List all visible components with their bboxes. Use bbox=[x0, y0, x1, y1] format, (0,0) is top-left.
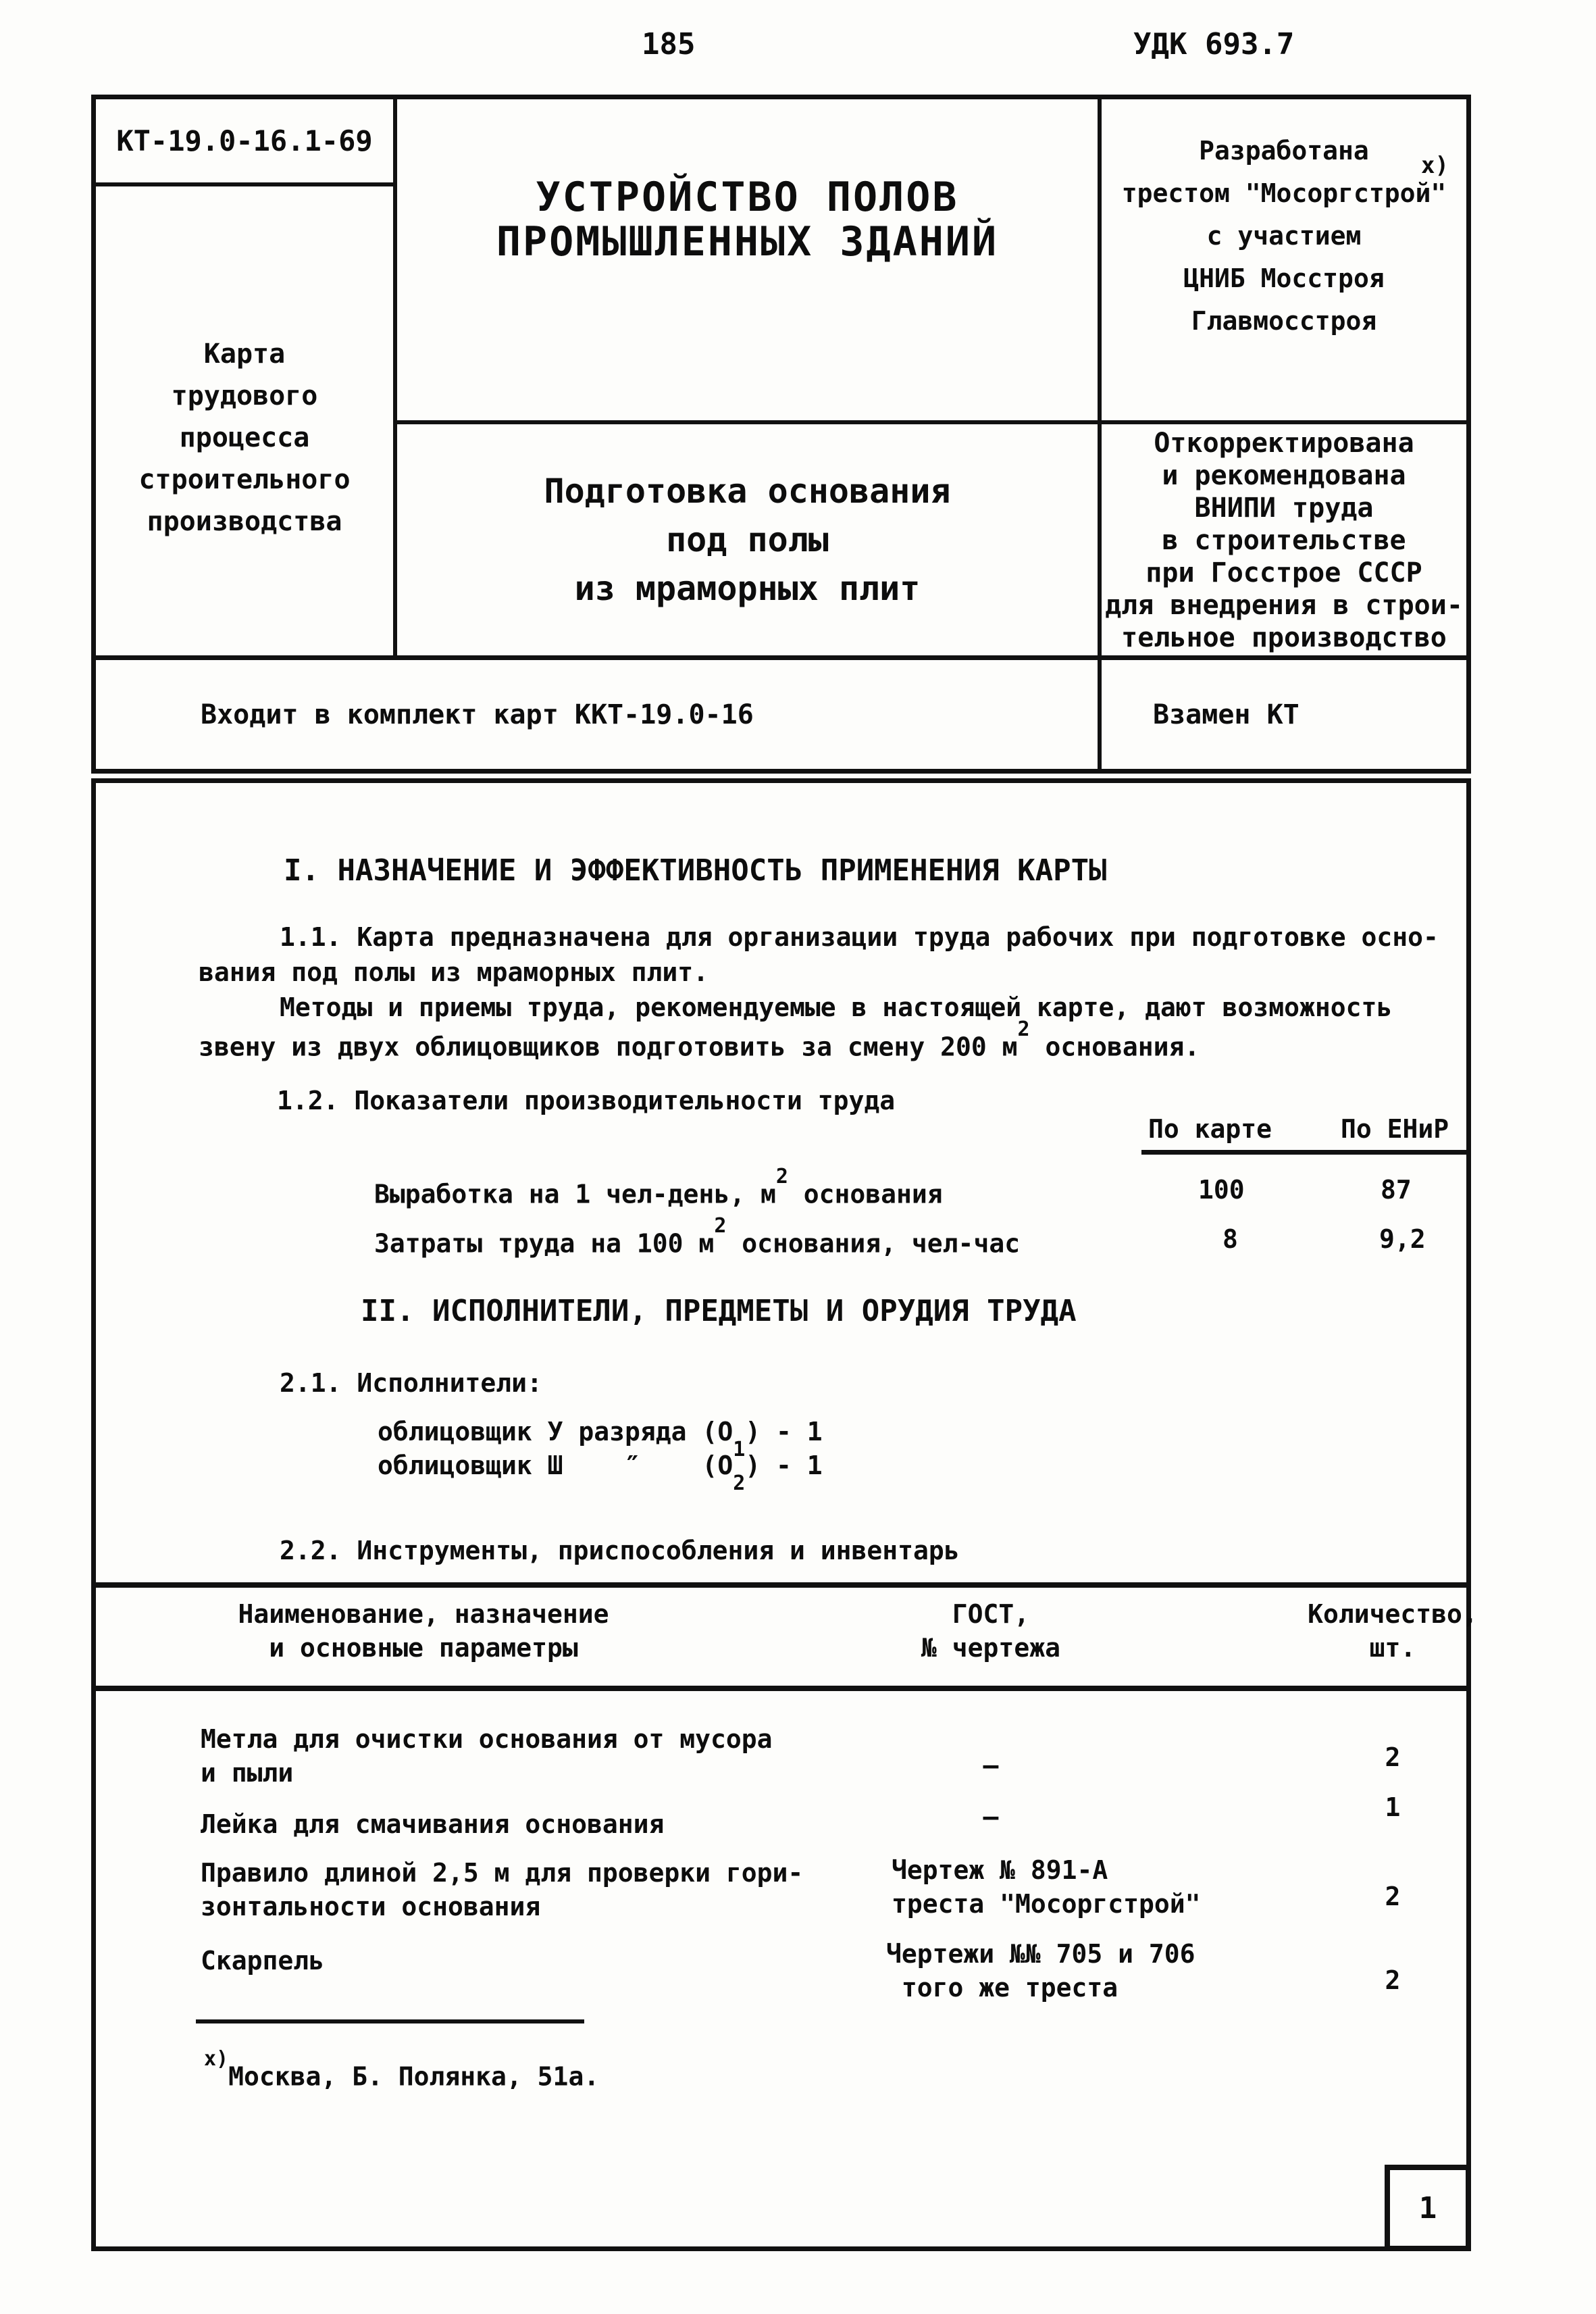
subtitle-cell: Подготовка основания под полы из мраморн… bbox=[397, 424, 1098, 655]
tool-row-name: Метла для очистки основания от мусора и … bbox=[201, 1722, 772, 1790]
tool-row-qty: 2 bbox=[1291, 1883, 1494, 1911]
page-number-box: 1 bbox=[1385, 2165, 1471, 2251]
tool-row-gost: – bbox=[890, 1751, 1092, 1780]
document-page: 185 УДК 693.7 КТ-19.0-16.1-69 Карта труд… bbox=[0, 0, 1596, 2314]
productivity-row1-by-enir: 87 bbox=[1381, 1176, 1412, 1205]
col-by-card: По карте bbox=[1148, 1115, 1272, 1144]
productivity-row1-label: Выработка на 1 чел-день, м2 основания bbox=[374, 1176, 943, 1209]
tool-row-name: Лейка для смачивания основания bbox=[201, 1807, 664, 1841]
productivity-row2-label: Затраты труда на 100 м2 основания, чел-ч… bbox=[374, 1226, 1020, 1258]
productivity-label: 1.2. Показатели производительности труда bbox=[277, 1087, 895, 1115]
developed-footnote-mark: x) bbox=[1421, 153, 1449, 178]
tools-header-name: Наименование, назначение и основные пара… bbox=[207, 1597, 640, 1665]
tool-row-qty: 1 bbox=[1291, 1794, 1494, 1822]
corrected-text: Откорректирована и рекомендована ВНИПИ т… bbox=[1105, 427, 1463, 654]
title-cell: УСТРОЙСТВО ПОЛОВ ПРОМЫШЛЕННЫХ ЗДАНИЙ bbox=[397, 99, 1098, 420]
belongs-to-set: Входит в комплект карт ККТ-19.0-16 bbox=[201, 699, 1098, 730]
footnote-text: Москва, Б. Полянка, 51а. bbox=[228, 2062, 599, 2092]
doc-code-cell: КТ-19.0-16.1-69 bbox=[96, 99, 393, 182]
sq-meter-sup: 2 bbox=[1018, 1017, 1030, 1041]
belongs-to-set-cell: Входит в комплект карт ККТ-19.0-16 bbox=[96, 660, 1098, 769]
productivity-row1-by-card: 100 bbox=[1198, 1176, 1245, 1205]
footnote-mark: x) bbox=[204, 2047, 228, 2071]
productivity-underline bbox=[1141, 1150, 1468, 1155]
replaces-cell: Взамен КТ bbox=[1102, 660, 1466, 769]
para11-line2: вания под полы из мраморных плит. bbox=[199, 959, 709, 987]
doc-title: УСТРОЙСТВО ПОЛОВ ПРОМЫШЛЕННЫХ ЗДАНИЙ bbox=[496, 175, 998, 264]
productivity-row2-by-enir: 9,2 bbox=[1379, 1226, 1426, 1254]
developed-by-text: Разработана трестом "Мосоргстрой" с учас… bbox=[1122, 130, 1446, 343]
section1-heading: I. НАЗНАЧЕНИЕ И ЭФФЕКТИВНОСТЬ ПРИМЕНЕНИЯ… bbox=[284, 855, 1107, 887]
document-body: I. НАЗНАЧЕНИЕ И ЭФФЕКТИВНОСТЬ ПРИМЕНЕНИЯ… bbox=[91, 778, 1471, 2251]
tool-row-qty: 2 bbox=[1291, 1744, 1494, 1772]
executor-row-2: облицовщик Ш ″ (О2) - 1 bbox=[378, 1452, 823, 1485]
doc-subtitle: Подготовка основания под полы из мраморн… bbox=[544, 467, 950, 613]
tool-row-qty: 2 bbox=[1291, 1967, 1494, 1995]
replaces: Взамен КТ bbox=[1153, 699, 1466, 730]
doc-code: КТ-19.0-16.1-69 bbox=[116, 124, 372, 157]
tool-row-name: Скарпель bbox=[201, 1944, 324, 1978]
section2-heading: II. ИСПОЛНИТЕЛИ, ПРЕДМЕТЫ И ОРУДИЯ ТРУДА bbox=[361, 1295, 1077, 1328]
productivity-row2-by-card: 8 bbox=[1222, 1226, 1238, 1254]
top-page-number: 185 bbox=[642, 28, 695, 61]
footnote: x)Москва, Б. Полянка, 51а. bbox=[204, 2059, 599, 2091]
para11-line4: звену из двух облицовщиков подготовить з… bbox=[199, 1029, 1200, 1061]
tool-row-gost: Чертеж № 891-А треста "Мосоргстрой" bbox=[892, 1853, 1201, 1921]
header-table: КТ-19.0-16.1-69 Карта трудового процесса… bbox=[91, 95, 1471, 774]
page-number: 1 bbox=[1419, 2191, 1437, 2225]
tool-row-gost: Чертежи №№ 705 и 706 того же треста bbox=[886, 1937, 1195, 2005]
tools-label: 2.2. Инструменты, приспособления и инвен… bbox=[280, 1537, 960, 1565]
para11-line1: 1.1. Карта предназначена для организации… bbox=[280, 924, 1439, 952]
card-type-cell: Карта трудового процесса строительного п… bbox=[96, 186, 393, 655]
tool-row-gost: – bbox=[890, 1802, 1092, 1832]
tools-table-top-rule bbox=[96, 1582, 1466, 1588]
col-by-enir: По ЕНиР bbox=[1341, 1115, 1449, 1144]
corrected-cell: Откорректирована и рекомендована ВНИПИ т… bbox=[1102, 424, 1466, 655]
footnote-rule bbox=[196, 2019, 584, 2023]
tool-row-name: Правило длиной 2,5 м для проверки гори- … bbox=[201, 1856, 803, 1923]
para11-line3: Методы и приемы труда, рекомендуемые в н… bbox=[280, 994, 1392, 1022]
developed-by-cell: Разработана трестом "Мосоргстрой" с учас… bbox=[1102, 99, 1466, 420]
header-hline-bottom-row bbox=[96, 655, 1466, 660]
tools-table-header-rule bbox=[96, 1686, 1466, 1691]
tools-header-gost: ГОСТ, № чертежа bbox=[890, 1597, 1092, 1665]
card-type-text: Карта трудового процесса строительного п… bbox=[138, 333, 350, 543]
tools-header-qty: Количество, шт. bbox=[1291, 1597, 1494, 1665]
executors-label: 2.1. Исполнители: bbox=[280, 1369, 542, 1398]
executor-row-1: облицовщик У разряда (О1) - 1 bbox=[378, 1418, 823, 1451]
udk-code: УДК 693.7 bbox=[1133, 28, 1294, 61]
